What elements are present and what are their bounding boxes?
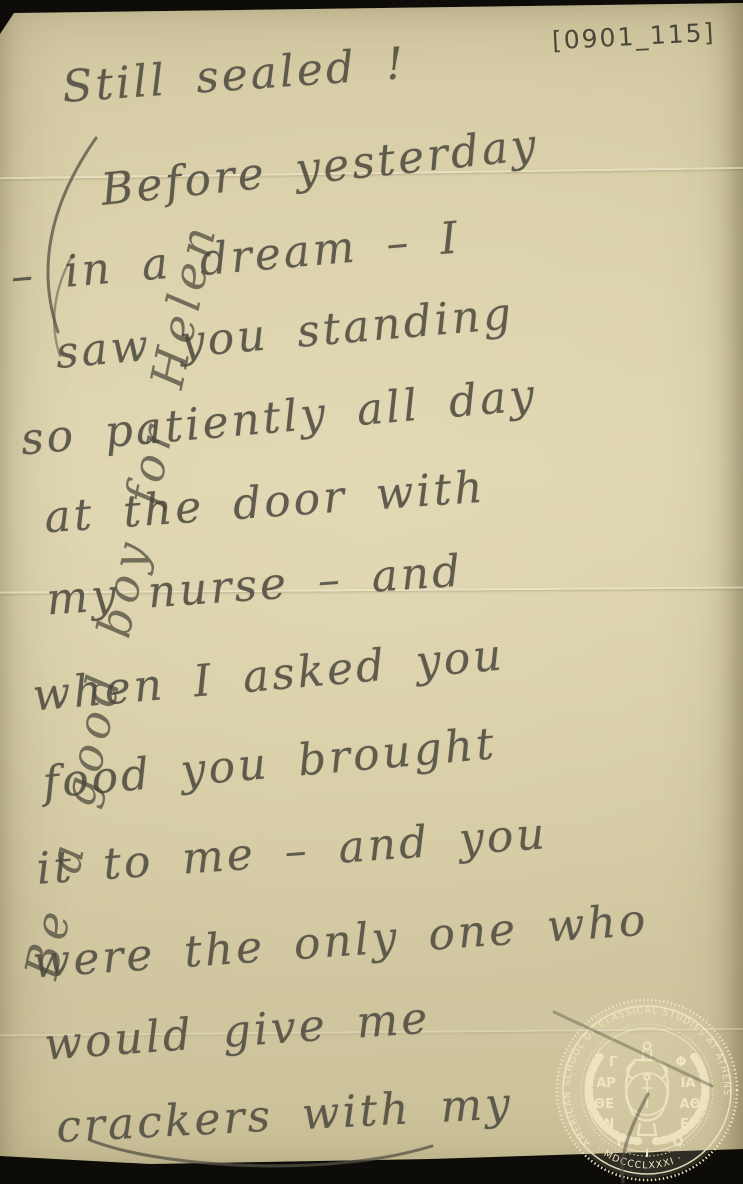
- svg-text:ΑΘ: ΑΘ: [679, 1097, 700, 1112]
- svg-text:ΙΑ: ΙΑ: [681, 1076, 696, 1091]
- svg-text:ΑΡ: ΑΡ: [596, 1076, 616, 1091]
- svg-text:Υ: Υ: [613, 1135, 624, 1150]
- seal-graphic: AMERICAN SCHOOL OF CLASSICAL STUDIES AT …: [551, 996, 743, 1184]
- embossed-seal: AMERICAN SCHOOL OF CLASSICAL STUDIES AT …: [551, 996, 743, 1184]
- svg-text:ΕΙ: ΕΙ: [680, 1117, 694, 1132]
- svg-text:ΘΕ: ΘΕ: [594, 1097, 614, 1112]
- svg-text:Ο: Ο: [672, 1135, 683, 1150]
- svg-text:Γ: Γ: [609, 1055, 617, 1070]
- svg-text:Ν: Ν: [604, 1117, 615, 1132]
- scanned-letter-page: [0901_115] Still sealed ! Before yesterd…: [0, 0, 743, 1184]
- svg-text:Ι: Ι: [645, 1147, 649, 1160]
- svg-text:Φ: Φ: [675, 1055, 686, 1070]
